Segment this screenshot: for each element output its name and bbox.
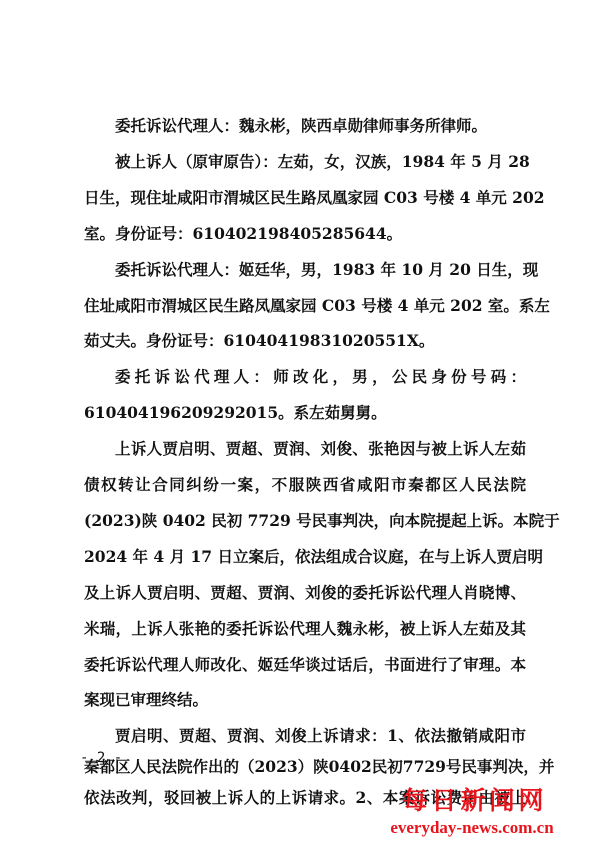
text-line: 秦都区人民法院作出的（2023）陕0402民初7729号民事判决，并 <box>84 757 526 777</box>
text-line: 米瑞，上诉人张艳的委托诉讼代理人魏永彬，被上诉人左茹及其 <box>84 619 526 639</box>
text-line: 日生，现住址咸阳市渭城区民生路凤凰家园 C03 号楼 4 单元 202 <box>84 188 526 208</box>
text-line: 上诉人贾启明、贾超、贾润、刘俊、张艳因与被上诉人左茹 <box>115 439 526 459</box>
text-line: 被上诉人（原审原告）：左茹，女，汉族，1984 年 5 月 28 <box>115 152 526 172</box>
text-line: 茹丈夫。身份证号：61040419831020551X。 <box>84 331 526 351</box>
watermark-title: 每日新闻网 <box>385 781 565 817</box>
text-line: 委托诉讼代理人：师改化，男，公民身份号码： <box>115 367 526 387</box>
text-line: 2024 年 4 月 17 日立案后，依法组成合议庭，在与上诉人贾启明 <box>84 547 526 567</box>
text-line: 住址咸阳市渭城区民生路凤凰家园 C03 号楼 4 单元 202 室。系左 <box>84 296 526 316</box>
page-number: - 2 - <box>80 750 122 766</box>
text-line: 委托诉讼代理人师改化、姬廷华谈过话后，书面进行了审理。本 <box>84 655 526 675</box>
text-line: 贾启明、贾超、贾润、刘俊上诉请求：1、依法撤销咸阳市 <box>115 726 526 746</box>
text-line: 委托诉讼代理人：姬廷华，男，1983 年 10 月 20 日生，现 <box>115 260 526 280</box>
text-line: 委托诉讼代理人：魏永彬，陕西卓勋律师事务所律师。 <box>115 116 526 136</box>
text-line: 债权转让合同纠纷一案，不服陕西省咸阳市秦都区人民法院 <box>84 475 526 495</box>
document-page: 委托诉讼代理人：魏永彬，陕西卓勋律师事务所律师。被上诉人（原审原告）：左茹，女，… <box>0 0 600 849</box>
text-line: 及上诉人贾启明、贾超、贾润、刘俊的委托诉讼代理人肖晓博、 <box>84 583 526 603</box>
text-line: 案现已审理终结。 <box>84 690 526 710</box>
text-line: (2023)陕 0402 民初 7729 号民事判决，向本院提起上诉。本院于 <box>84 511 526 531</box>
watermark-url: everyday-news.com.cn <box>352 818 592 838</box>
text-line: 室。身份证号：610402198405285644。 <box>84 224 526 244</box>
text-line: 610404196209292015。系左茹舅舅。 <box>84 403 526 423</box>
